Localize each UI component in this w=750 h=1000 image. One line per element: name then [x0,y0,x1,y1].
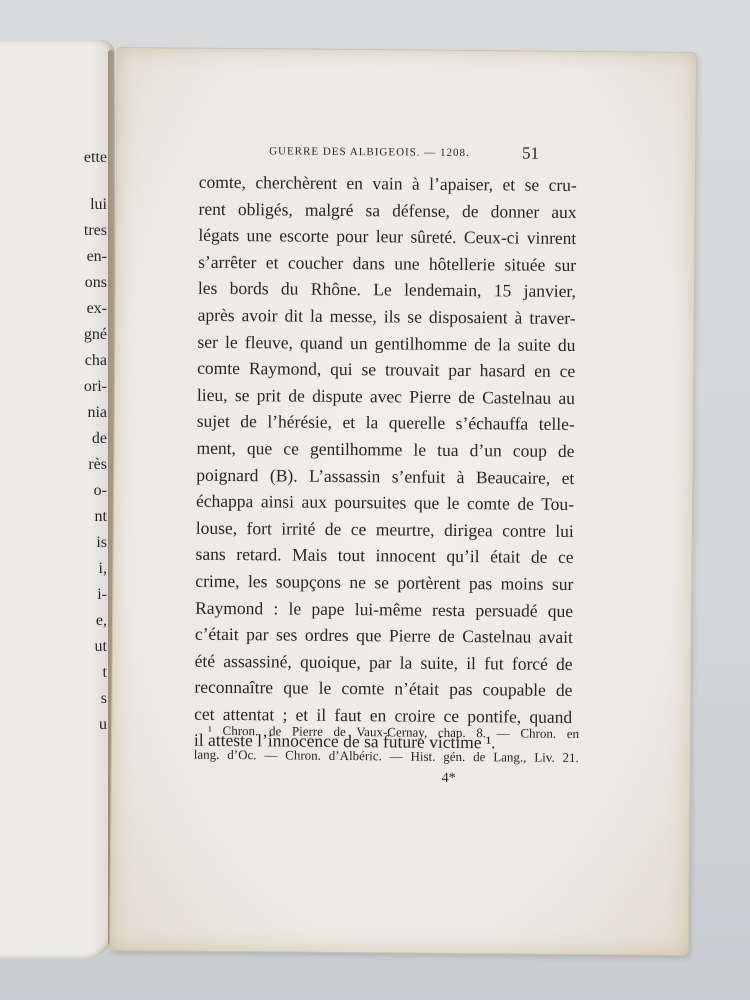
left-line: e, [96,613,107,629]
body-line: après avoir dit la messe, ils se disposa… [198,302,576,332]
body-text: comte, cherchèrent en vain à l’apaiser, … [194,169,577,757]
body-line: poignard (B). L’assassin s’enfuit à Beau… [196,461,574,491]
body-line: Raymond : le pape lui-même resta persuad… [195,594,573,624]
body-line: ser le fleuve, quand un gentilhomme de l… [197,328,575,358]
body-line: sujet de l’hérésie, et la querelle s’éch… [197,408,575,438]
left-line: is [96,535,107,551]
body-line: lieu, se prit de dispute avec Pierre de … [197,381,575,411]
right-page: GUERRE DES ALBIGEOIS. — 1208. 51 comte, … [110,48,696,955]
body-line: s’arrêter et coucher dans une hôtellerie… [198,248,576,278]
body-line: crime, les soupçons ne se portèrent pas … [195,568,573,598]
footnote-line: lang. d’Oc. — Chron. d’Albéric. — Hist. … [194,743,579,770]
left-line: de [92,431,107,447]
page-number: 51 [522,144,539,164]
body-line: rent obligés, malgré sa défense, de donn… [198,195,576,225]
left-line: ori- [84,379,107,395]
body-line: reconnaître que le comte n’était pas cou… [194,674,572,704]
left-line: rès [88,457,107,473]
left-line: ons [85,275,107,291]
left-page-fragment: ette lui tres en- ons ex- gné cha ori- n… [0,40,115,958]
body-line: louse, fort irrité de ce meurtre, dirige… [196,514,574,544]
left-line: nia [87,405,107,421]
left-line: o- [94,483,107,499]
left-line: en- [87,249,107,265]
body-line: les bords du Rhône. Le lendemain, 15 jan… [198,275,576,305]
left-line: gné [84,327,107,343]
left-line: i- [97,587,107,603]
body-line: c’était par ses ordres que Pierre de Cas… [195,621,573,651]
left-line: lui [90,197,107,213]
left-line: tres [84,223,107,239]
signature-mark: 4* [442,771,456,787]
running-head: GUERRE DES ALBIGEOIS. — 1208. [269,145,544,159]
left-line: ut [95,639,107,655]
left-line: nt [95,509,107,525]
body-line: comte, cherchèrent en vain à l’apaiser, … [199,169,577,199]
body-line: échappa ainsi aux poursuites que le comt… [196,488,574,518]
footnote: ¹ Chron. de Pierre de Vaux-Cernay, chap.… [194,719,579,770]
left-line: u [99,717,107,733]
footnote-line: ¹ Chron. de Pierre de Vaux-Cernay, chap.… [194,719,579,746]
body-line: légats une escorte pour leur sûreté. Ceu… [198,222,576,252]
left-line: ex- [87,301,107,317]
body-line: sans retard. Mais tout innocent qu’il ét… [195,541,573,571]
left-line: t [103,665,107,681]
left-line: i, [99,561,107,577]
left-line: cha [85,353,107,369]
left-line: ette [84,150,107,166]
body-line: été assassiné, quoique, par la suite, il… [195,647,573,677]
body-line: ment, que ce gentilhomme le tua d’un cou… [196,435,574,465]
body-line: comte Raymond, qui se trouvait par hasar… [197,355,575,385]
left-line: s [101,691,107,707]
